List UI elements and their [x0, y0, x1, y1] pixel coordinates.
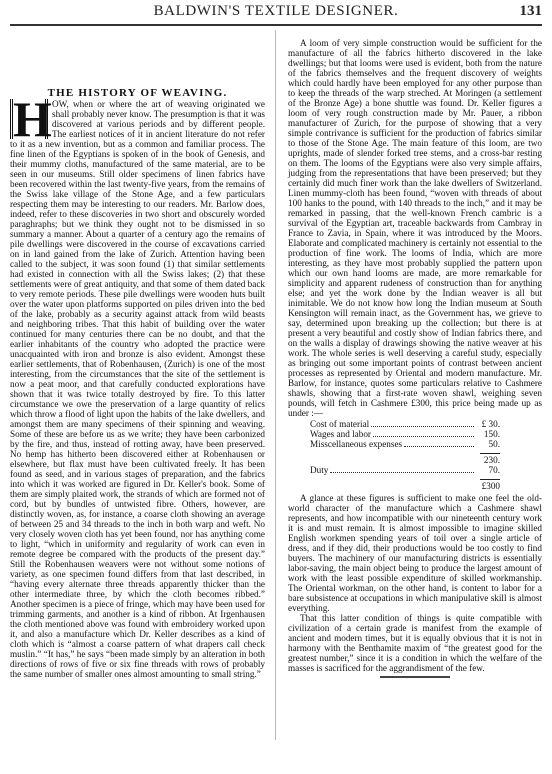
cost-value: 50.: [476, 439, 500, 449]
cost-label: Misscellaneous expenses: [310, 439, 402, 449]
page-number: 131: [520, 3, 543, 20]
column-divider: [275, 30, 276, 740]
left-column: THE HISTORY OF WEAVING. HOW, when or whe…: [10, 88, 265, 679]
subtotal-value: 230.: [460, 455, 500, 465]
end-rule: [380, 676, 450, 678]
sum-rule: [480, 453, 500, 454]
total-rule: [480, 479, 500, 480]
cost-table: Cost of material £ 30. Wages and labor 1…: [310, 419, 500, 491]
header-rule: [10, 24, 542, 26]
cost-label: Cost of material: [310, 419, 369, 429]
duty-row: Duty 70.: [310, 465, 500, 475]
cost-row: Cost of material £ 30.: [310, 419, 500, 429]
right-column: A loom of very simple construction would…: [288, 38, 542, 678]
page-header: BALDWIN'S TEXTILE DESIGNER. 131: [0, 0, 552, 26]
duty-value: 70.: [476, 465, 500, 475]
article-paragraph: That this latter condition of things is …: [288, 613, 542, 673]
article-paragraph: A loom of very simple construction would…: [288, 38, 542, 418]
paragraph-text: OW, when or where the art of weaving ori…: [10, 99, 265, 679]
cost-value: £ 30.: [476, 419, 500, 429]
cost-label: Wages and labor: [310, 429, 371, 439]
article-paragraph: A glance at these figures is sufficient …: [288, 493, 542, 613]
leader-dots: [404, 446, 474, 447]
article-title: THE HISTORY OF WEAVING.: [10, 88, 265, 98]
leader-dots: [330, 472, 474, 473]
cost-row: Misscellaneous expenses 50.: [310, 439, 500, 449]
dropcap-letter: H: [10, 99, 48, 139]
total-value: £300: [460, 481, 500, 491]
cost-row: Wages and labor 150.: [310, 429, 500, 439]
leader-dots: [373, 436, 474, 437]
running-title: BALDWIN'S TEXTILE DESIGNER.: [0, 3, 552, 20]
cost-value: 150.: [476, 429, 500, 439]
duty-label: Duty: [310, 465, 328, 475]
article-paragraph: HOW, when or where the art of weaving or…: [10, 99, 265, 679]
leader-dots: [371, 426, 474, 427]
